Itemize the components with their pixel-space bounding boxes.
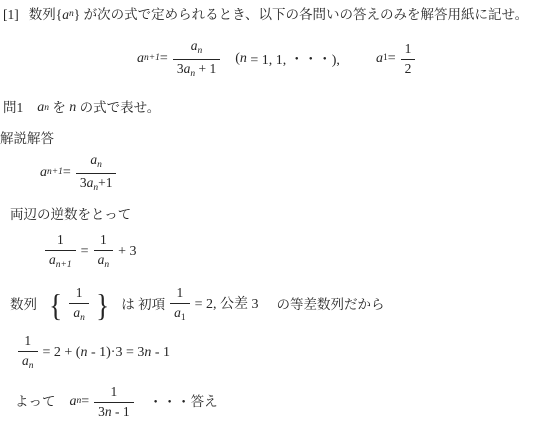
- answer-label: 答え: [191, 393, 218, 411]
- problem-number: [1]: [3, 6, 19, 24]
- fraction-numerator: an: [187, 39, 207, 59]
- math-sub-n: n: [29, 361, 34, 371]
- equals-sign: =: [160, 51, 168, 67]
- math-sub-np1: n+1: [144, 54, 160, 64]
- math-var-n: n: [105, 404, 112, 419]
- conclusion-line: よって an = 1 3n - 1 ・・・答え: [15, 382, 218, 422]
- math-var-a: a: [22, 353, 29, 368]
- equals-sign: =: [81, 394, 89, 410]
- fraction-numerator: 1: [72, 286, 87, 303]
- section-title-text: 解説解答: [0, 130, 54, 148]
- math-sub-1: 1: [181, 313, 186, 323]
- close-brace: }: [96, 289, 109, 321]
- fraction: an 3an+1: [76, 153, 117, 193]
- statement-pre: 数列{: [29, 6, 62, 24]
- fraction-numerator: 1: [401, 42, 416, 59]
- fraction: 1 an: [18, 334, 38, 371]
- math-var-n: n: [69, 99, 76, 118]
- math-var-a: a: [62, 6, 69, 24]
- math-var-a: a: [40, 165, 47, 181]
- step2-text-line: 両辺の逆数をとって: [10, 206, 131, 224]
- question-tail: の式で表せ。: [76, 99, 160, 117]
- fraction-denominator: a1: [170, 303, 190, 324]
- math-var-n: n: [80, 345, 87, 361]
- conclusion-pre: よって: [15, 393, 56, 411]
- plus-three: + 3: [118, 244, 136, 260]
- fraction-denominator: an: [69, 303, 89, 324]
- problem-statement-line: [1]数列{an} が次の式で定められるとき、以下の各問いの答えのみを解答用紙に…: [3, 6, 528, 24]
- math-var-a: a: [70, 394, 77, 410]
- statement-post: } が次の式で定められるとき、以下の各問いの答えのみを解答用紙に記せ。: [74, 6, 528, 24]
- fraction-numerator: 1: [96, 233, 111, 250]
- open-brace: {: [49, 289, 62, 321]
- fraction-numerator: an: [86, 153, 106, 173]
- fraction: an 3an + 1: [173, 39, 220, 79]
- recurrence-formula: an+1 = an 3an + 1 (n = 1, 1, ・・・), a1 = …: [137, 36, 420, 82]
- math-var-n: n: [144, 345, 151, 361]
- fraction: 1 an: [94, 233, 114, 270]
- math-sub-n: n: [97, 160, 102, 170]
- math-var-a: a: [49, 252, 56, 267]
- den-tail: + 1: [195, 61, 216, 76]
- math-sub-np1: n+1: [47, 168, 63, 178]
- fraction: 1 a1: [170, 286, 190, 323]
- fraction-numerator: 1: [20, 334, 35, 351]
- fraction: 1 3n - 1: [94, 385, 134, 420]
- question-mid: を: [49, 99, 69, 117]
- fraction-denominator: 3an+1: [76, 173, 117, 194]
- step4-tail: の等差数列だから: [277, 296, 385, 314]
- math-var-n: n: [240, 51, 247, 67]
- document-page: [1]数列{an} が次の式で定められるとき、以下の各問いの答えのみを解答用紙に…: [0, 0, 550, 425]
- question-label: 問1: [3, 99, 23, 117]
- solution-section-title: 解説解答: [0, 130, 54, 148]
- math-sub-n: n: [80, 313, 85, 323]
- coefficient: 3: [80, 175, 87, 190]
- fraction-denominator: an: [94, 250, 114, 271]
- math-sub-n: n: [104, 260, 109, 270]
- fraction: 1 an: [69, 286, 89, 323]
- math-var-a: a: [37, 99, 44, 118]
- step4-line: 数列 { 1 an } は 初項 1 a1 = 2, 公差 3 の等差数列だから: [10, 283, 385, 327]
- math-sub-n: n: [198, 46, 203, 56]
- step5-expr2: - 1)·3 = 3: [87, 345, 144, 361]
- fraction: 1 an+1: [45, 233, 76, 270]
- step4-pre: 数列: [10, 296, 37, 314]
- equals-sign: =: [63, 165, 71, 181]
- step3-formula: 1 an+1 = 1 an + 3: [40, 232, 136, 272]
- coefficient: 3: [177, 61, 184, 76]
- coefficient: 3: [98, 404, 105, 419]
- equals-sign: =: [81, 244, 89, 260]
- step1-formula: an+1 = an 3an+1: [40, 152, 121, 194]
- fraction-numerator: 1: [107, 385, 122, 402]
- den-tail: - 1: [112, 404, 130, 419]
- fraction-denominator: an: [18, 351, 38, 372]
- fraction-denominator: 3an + 1: [173, 59, 220, 80]
- math-var-a: a: [376, 51, 383, 67]
- fraction-denominator: an+1: [45, 250, 76, 271]
- step5-expr1: = 2 + (: [43, 345, 81, 361]
- equals-sign: =: [388, 51, 396, 67]
- math-var-a: a: [174, 305, 181, 320]
- math-var-a: a: [137, 51, 144, 67]
- step4-mid1: は 初項: [121, 296, 165, 314]
- step2-text: 両辺の逆数をとって: [10, 206, 131, 224]
- step5-formula: 1 an = 2 + (n - 1)·3 = 3n - 1: [18, 333, 170, 373]
- domain-text: = 1, 1, ・・・),: [247, 49, 340, 69]
- ellipsis-dots: ・・・: [149, 392, 191, 412]
- den-tail: +1: [98, 175, 112, 190]
- step5-expr3: - 1: [151, 345, 170, 361]
- fraction-numerator: 1: [172, 286, 187, 303]
- fraction-numerator: 1: [53, 233, 68, 250]
- fraction-denominator: 3n - 1: [94, 402, 134, 420]
- fraction: 1 2: [401, 42, 416, 77]
- math-sub-np1: n+1: [56, 260, 72, 270]
- fraction-denominator: 2: [401, 59, 416, 77]
- math-var-a: a: [191, 38, 198, 53]
- question-line: 問1an を n の式で表せ。: [3, 99, 160, 118]
- step4-mid2: = 2, 公差 3: [195, 296, 259, 315]
